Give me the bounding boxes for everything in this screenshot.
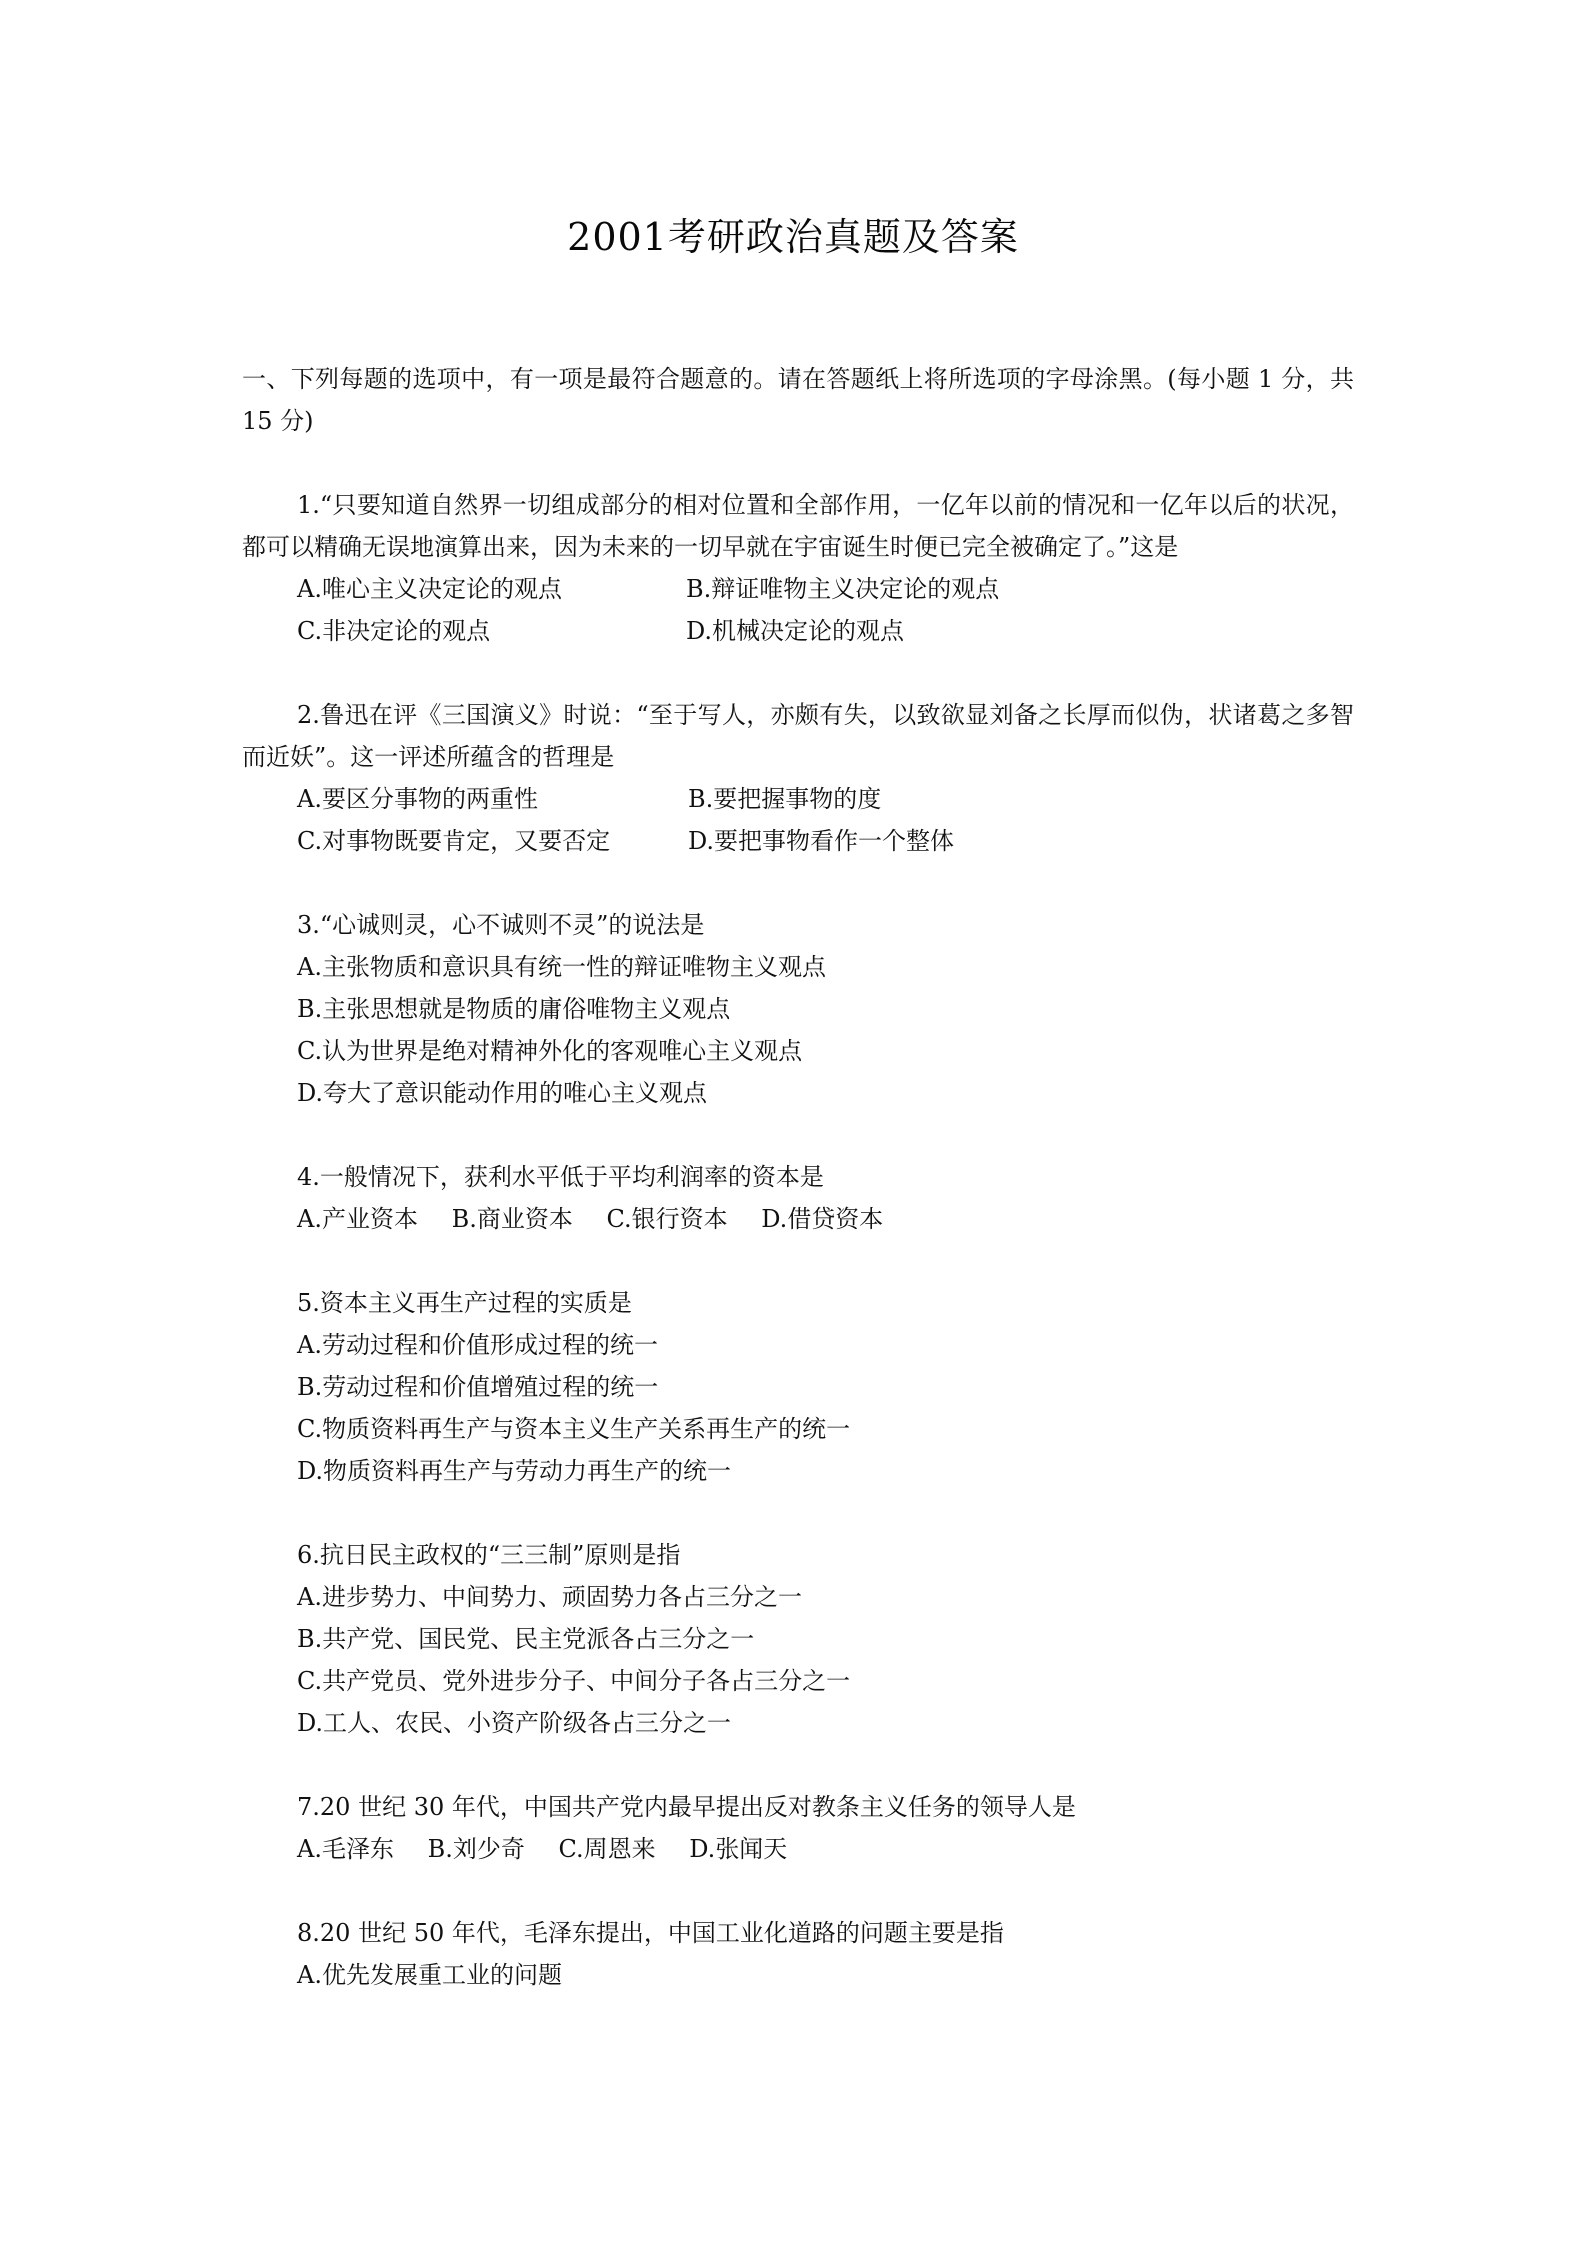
option-d: D.机械决定论的观点 (686, 610, 1354, 652)
option-a: A.毛泽东 (297, 1828, 394, 1870)
question-7: 7.20 世纪 30 年代，中国共产党内最早提出反对教条主义任务的领导人是 A.… (242, 1786, 1354, 1870)
option-list: A.要区分事物的两重性 B.要把握事物的度 C.对事物既要肯定，又要否定 D.要… (242, 778, 1354, 862)
option-list: A.产业资本 B.商业资本 C.银行资本 D.借贷资本 (242, 1198, 1354, 1240)
section-heading: 一、下列每题的选项中，有一项是最符合题意的。请在答题纸上将所选项的字母涂黑。(每… (242, 358, 1354, 442)
option-c: C.认为世界是绝对精神外化的客观唯心主义观点 (242, 1030, 1354, 1072)
option-c: C.物质资料再生产与资本主义生产关系再生产的统一 (242, 1408, 1354, 1450)
option-b: B.主张思想就是物质的庸俗唯物主义观点 (242, 988, 1354, 1030)
option-c: C.非决定论的观点 (297, 610, 686, 652)
option-a: A.唯心主义决定论的观点 (297, 568, 686, 610)
question-6: 6.抗日民主政权的“三三制”原则是指 A.进步势力、中间势力、顽固势力各占三分之… (242, 1534, 1354, 1744)
option-a: A.劳动过程和价值形成过程的统一 (242, 1324, 1354, 1366)
option-d: D.工人、农民、小资产阶级各占三分之一 (242, 1702, 1354, 1744)
question-8: 8.20 世纪 50 年代，毛泽东提出，中国工业化道路的问题主要是指 A.优先发… (242, 1912, 1354, 1996)
question-stem: 5.资本主义再生产过程的实质是 (242, 1282, 1354, 1324)
option-b: B.共产党、国民党、民主党派各占三分之一 (242, 1618, 1354, 1660)
option-b: B.刘少奇 (428, 1828, 525, 1870)
option-list: A.唯心主义决定论的观点 B.辩证唯物主义决定论的观点 C.非决定论的观点 D.… (242, 568, 1354, 652)
question-2: 2.鲁迅在评《三国演义》时说：“至于写人，亦颇有失，以致欲显刘备之长厚而似伪，状… (242, 694, 1354, 862)
document-page: 2001考研政治真题及答案 一、下列每题的选项中，有一项是最符合题意的。请在答题… (0, 0, 1586, 2244)
option-d: D.要把事物看作一个整体 (688, 820, 1354, 862)
option-c: C.对事物既要肯定，又要否定 (297, 820, 688, 862)
option-a: A.要区分事物的两重性 (297, 778, 688, 820)
option-d: D.借贷资本 (761, 1198, 883, 1240)
question-stem: 4.一般情况下，获利水平低于平均利润率的资本是 (242, 1156, 1354, 1198)
option-b: B.要把握事物的度 (688, 778, 1354, 820)
question-stem: 7.20 世纪 30 年代，中国共产党内最早提出反对教条主义任务的领导人是 (242, 1786, 1354, 1828)
question-stem: 1.“只要知道自然界一切组成部分的相对位置和全部作用，一亿年以前的情况和一亿年以… (242, 484, 1354, 568)
question-stem: 3.“心诚则灵，心不诚则不灵”的说法是 (242, 904, 1354, 946)
option-b: B.商业资本 (452, 1198, 573, 1240)
option-d: D.物质资料再生产与劳动力再生产的统一 (242, 1450, 1354, 1492)
option-b: B.辩证唯物主义决定论的观点 (686, 568, 1354, 610)
option-c: C.银行资本 (607, 1198, 728, 1240)
option-c: C.周恩来 (559, 1828, 656, 1870)
option-a: A.优先发展重工业的问题 (242, 1954, 1354, 1996)
option-d: D.张闻天 (689, 1828, 787, 1870)
question-1: 1.“只要知道自然界一切组成部分的相对位置和全部作用，一亿年以前的情况和一亿年以… (242, 484, 1354, 652)
page-title: 2001考研政治真题及答案 (0, 210, 1586, 264)
option-c: C.共产党员、党外进步分子、中间分子各占三分之一 (242, 1660, 1354, 1702)
document-body: 一、下列每题的选项中，有一项是最符合题意的。请在答题纸上将所选项的字母涂黑。(每… (242, 358, 1354, 1996)
question-4: 4.一般情况下，获利水平低于平均利润率的资本是 A.产业资本 B.商业资本 C.… (242, 1156, 1354, 1240)
question-3: 3.“心诚则灵，心不诚则不灵”的说法是 A.主张物质和意识具有统一性的辩证唯物主… (242, 904, 1354, 1114)
option-a: A.产业资本 (297, 1198, 418, 1240)
option-b: B.劳动过程和价值增殖过程的统一 (242, 1366, 1354, 1408)
option-a: A.进步势力、中间势力、顽固势力各占三分之一 (242, 1576, 1354, 1618)
question-stem: 6.抗日民主政权的“三三制”原则是指 (242, 1534, 1354, 1576)
option-list: A.毛泽东 B.刘少奇 C.周恩来 D.张闻天 (242, 1828, 1354, 1870)
question-stem: 2.鲁迅在评《三国演义》时说：“至于写人，亦颇有失，以致欲显刘备之长厚而似伪，状… (242, 694, 1354, 778)
option-a: A.主张物质和意识具有统一性的辩证唯物主义观点 (242, 946, 1354, 988)
question-5: 5.资本主义再生产过程的实质是 A.劳动过程和价值形成过程的统一 B.劳动过程和… (242, 1282, 1354, 1492)
question-stem: 8.20 世纪 50 年代，毛泽东提出，中国工业化道路的问题主要是指 (242, 1912, 1354, 1954)
option-d: D.夸大了意识能动作用的唯心主义观点 (242, 1072, 1354, 1114)
